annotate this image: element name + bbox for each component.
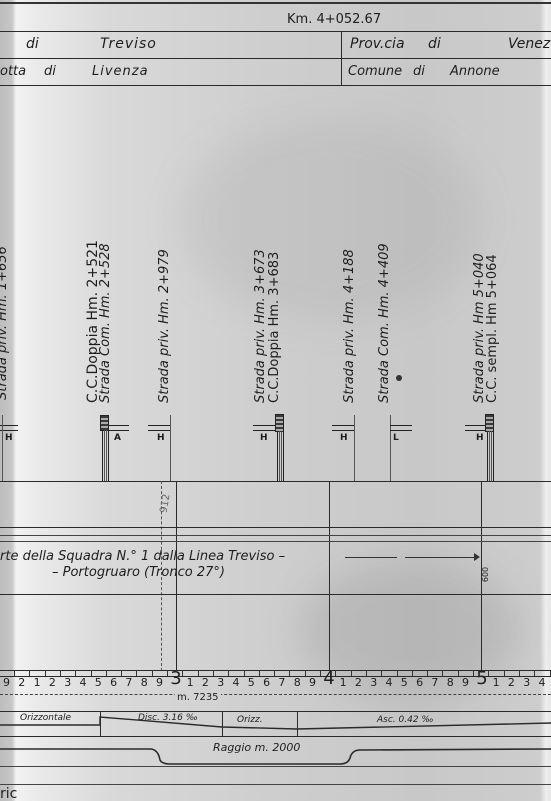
hm-digit: 2 [355, 676, 362, 689]
municipality-name: Livenza [92, 64, 149, 79]
hm-digit: 7 [431, 676, 438, 689]
crossing-letter: L [393, 433, 399, 443]
crossing-label: Strada priv. Hm. 2+979 [158, 249, 172, 403]
gate-post [100, 415, 109, 431]
gate-post [275, 414, 284, 432]
province-di: di [26, 36, 39, 52]
hm-digit: 1 [493, 676, 500, 689]
gradient-label: Asc. 0.42 ‰ [377, 715, 434, 725]
km-reference: Km. 4+052.67 [287, 12, 381, 27]
scale-tick [305, 670, 306, 676]
gradient-label: Disc. 3.16 ‰ [138, 713, 198, 723]
scale-tick [458, 670, 459, 676]
ink-dot [396, 375, 402, 381]
profile-line [0, 527, 551, 528]
road-arm [390, 425, 412, 431]
scale-tick [136, 670, 137, 676]
footer-partial-text: ric [0, 786, 17, 801]
profile-annotation-line2: – Portogruaro (Tronco 27°) [52, 565, 225, 580]
hm-digit: 1 [340, 676, 347, 689]
curve-row-line [0, 766, 551, 767]
header-line [0, 85, 551, 86]
scale-tick [213, 670, 214, 676]
gate-stem [487, 431, 494, 481]
hm-digit: 2 [49, 676, 56, 689]
hm-digit: 7 [278, 676, 285, 689]
hm-digit: 3 [370, 676, 377, 689]
header-line [0, 31, 551, 32]
scale-tick [167, 670, 168, 676]
scale-tick [121, 670, 122, 676]
hm-digit: 2 [18, 676, 25, 689]
scale-tick [152, 670, 153, 676]
crossing-letter: H [340, 433, 348, 443]
crossing-label: Strada priv. Hm. 3+673 [254, 249, 268, 403]
hm-digit: 9 [3, 676, 10, 689]
hm-digit: 1 [187, 676, 194, 689]
hm-digit: 2 [202, 676, 209, 689]
comune-label: Comune [348, 64, 402, 79]
top-border [0, 2, 551, 4]
scale-tick [29, 670, 30, 676]
bottom-line [0, 784, 551, 785]
track-line [0, 481, 551, 482]
crossing-label: C.C. sempl. Hm 5+064 [486, 254, 500, 403]
crossing-label: Strada Com. Hm. 2+528 [99, 243, 113, 403]
province-right-di: di [428, 36, 441, 52]
crossing-label: Strada Com. Hm. 4+409 [378, 243, 392, 403]
km-marker: 3 [170, 668, 181, 689]
hm-digit: 8 [294, 676, 301, 689]
vertical-note: 912 [158, 493, 172, 514]
hm-digit: 3 [217, 676, 224, 689]
gate-post [485, 414, 494, 432]
gate-stem [102, 430, 109, 481]
scale-tick [320, 670, 321, 676]
scale-tick [75, 670, 76, 676]
hm-digit: 4 [80, 676, 87, 689]
crossing-letter: H [157, 433, 165, 443]
arrow-head-icon [474, 553, 480, 561]
profile-annotation-line1: rte della Squadra N.° 1 dalla Linea Trev… [0, 549, 285, 564]
scale-tick [91, 670, 92, 676]
scale-tick [381, 670, 382, 676]
crossing-line [2, 415, 3, 481]
scale-tick [228, 670, 229, 676]
hm-digit: 9 [156, 676, 163, 689]
distance-dashed-line [0, 694, 551, 695]
hm-digit: 4 [233, 676, 240, 689]
km-4-gridline [329, 481, 330, 671]
scale-tick [412, 670, 413, 676]
hm-digit: 4 [539, 676, 546, 689]
hm-digit: 5 [248, 676, 255, 689]
scale-tick [14, 670, 15, 676]
scale-tick [244, 670, 245, 676]
scale-tick [182, 670, 183, 676]
scale-tick [550, 670, 551, 676]
gradient-label: Orizz. [237, 715, 263, 725]
hm-digit: 4 [386, 676, 393, 689]
gate-stem [277, 431, 284, 481]
gradient-profile-line [0, 711, 551, 737]
distance-label: m. 7235 [175, 692, 221, 703]
hm-digit: 5 [401, 676, 408, 689]
scale-tick [442, 670, 443, 676]
hm-digit: 8 [141, 676, 148, 689]
province-name: Treviso [100, 36, 157, 52]
arrow-end-label: 600 [481, 567, 490, 582]
road-arm [465, 425, 485, 431]
crossing-label: Strada priv. Hm. 4+188 [343, 249, 357, 403]
crossing-letter: H [260, 433, 268, 443]
profile-line [0, 541, 551, 542]
scale-tick [504, 670, 505, 676]
municipality-di: di [44, 64, 56, 79]
road-arm [109, 425, 129, 431]
hm-digit: 5 [95, 676, 102, 689]
scale-tick [335, 670, 336, 676]
road-arm [332, 425, 354, 431]
drawing-sheet: Km. 4+052.67 di Treviso Prov.cia di Vene… [0, 0, 551, 801]
crossing-line [170, 415, 171, 481]
scale-tick [274, 670, 275, 676]
scale-tick [397, 670, 398, 676]
hm-digit: 3 [64, 676, 71, 689]
scale-tick [106, 670, 107, 676]
dash-line [345, 557, 397, 558]
scale-tick [198, 670, 199, 676]
scale-tick [289, 670, 290, 676]
crossing-letter: H [476, 433, 484, 443]
hm-digit: 6 [263, 676, 270, 689]
hm-digit: 7 [125, 676, 132, 689]
crossing-letter: H [5, 433, 13, 443]
hm-digit: 9 [462, 676, 469, 689]
scale-tick [45, 670, 46, 676]
curve-radius-label: Raggio m. 2000 [213, 741, 300, 754]
crossing-line [354, 415, 355, 481]
scale-tick [60, 670, 61, 676]
crossing-label: Strada priv. Hm. 1+656 [0, 246, 10, 400]
scale-tick [488, 670, 489, 676]
hm-digit: 8 [447, 676, 454, 689]
crossing-letter: A [114, 433, 121, 443]
arrow-line [405, 557, 477, 558]
road-arm [253, 425, 275, 431]
hm-digit: 1 [34, 676, 41, 689]
paper-stain [180, 120, 480, 320]
km-marker: 5 [476, 668, 487, 689]
km-marker: 4 [323, 668, 334, 689]
hm-digit: 9 [309, 676, 316, 689]
comune-name: Annone [450, 64, 500, 79]
scale-tick [351, 670, 352, 676]
scale-tick [534, 670, 535, 676]
crossing-label: C.C.Doppia Hm. 3+683 [268, 252, 282, 403]
scale-tick [366, 670, 367, 676]
comune-di: di [413, 64, 425, 79]
province-label: Prov.cia [350, 36, 405, 52]
hm-digit: 6 [416, 676, 423, 689]
profile-line [0, 535, 551, 536]
province-right-name: Venez [508, 36, 550, 52]
profile-line [0, 594, 551, 595]
municipality-prefix: otta [0, 64, 26, 79]
scale-tick [259, 670, 260, 676]
header-line [0, 58, 551, 59]
scale-tick [427, 670, 428, 676]
scale-tick [473, 670, 474, 676]
scale-tick [519, 670, 520, 676]
scale-line [0, 670, 551, 671]
gradient-label: Orizzontale [20, 713, 71, 723]
road-arm [148, 425, 170, 431]
hm-digit: 2 [508, 676, 515, 689]
hm-digit: 6 [110, 676, 117, 689]
hm-digit: 3 [523, 676, 530, 689]
